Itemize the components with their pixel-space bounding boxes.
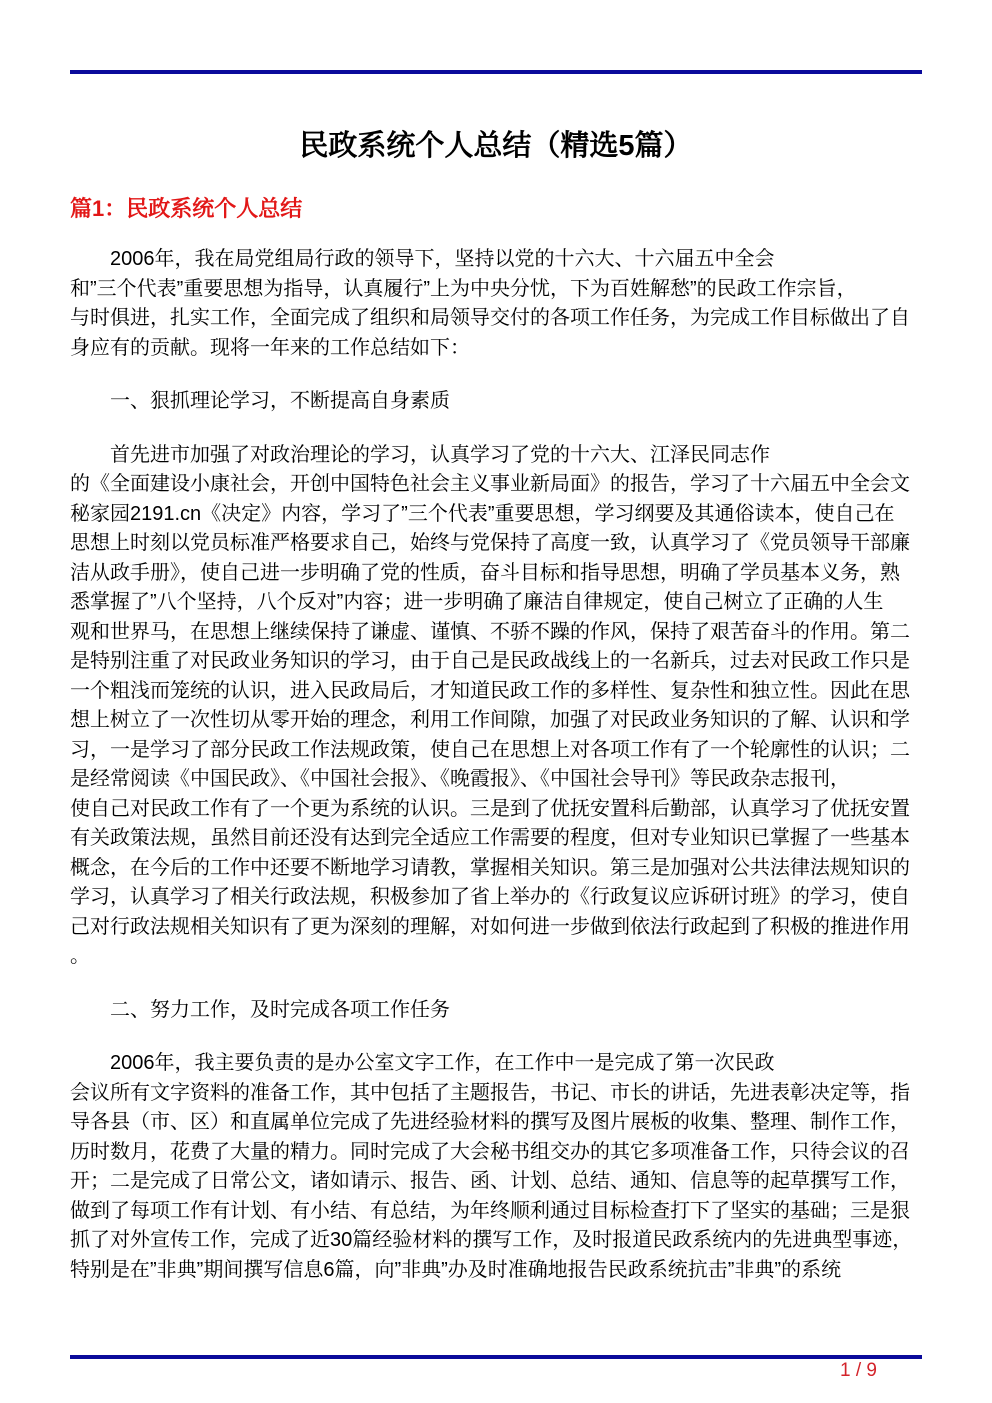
document-title: 民政系统个人总结（精选5篇）: [70, 126, 922, 166]
footer-rule: [70, 1355, 922, 1359]
theory-study-paragraph: 首先进市加强了对政治理论的学习，认真学习了党的十六大、江泽民同志作 的《全面建设…: [70, 441, 922, 972]
work-tasks-paragraph: 2006年，我主要负责的是办公室文字工作，在工作中一是完成了第一次民政 会议所有…: [70, 1049, 922, 1285]
subheading-theory-study: 一、狠抓理论学习，不断提高自身素质: [70, 387, 922, 417]
section-1-heading: 篇1：民政系统个人总结: [70, 194, 922, 224]
subheading-work-tasks: 二、努力工作，及时完成各项工作任务: [70, 996, 922, 1026]
page-number: 1 / 9: [70, 1360, 877, 1382]
intro-paragraph: 2006年，我在局党组局行政的领导下，坚持以党的十六大、十六届五中全会 和”三个…: [70, 245, 922, 363]
header-rule: [70, 70, 922, 74]
document-page: 民政系统个人总结（精选5篇） 篇1：民政系统个人总结 2006年，我在局党组局行…: [70, 0, 922, 1309]
